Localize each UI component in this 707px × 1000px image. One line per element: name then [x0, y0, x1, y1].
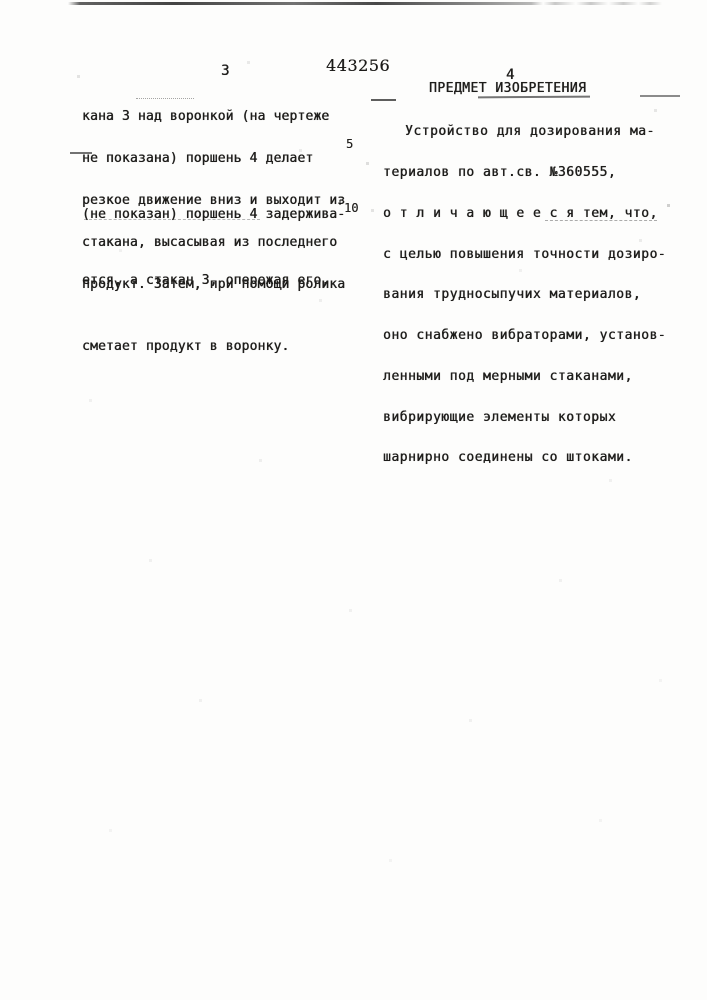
text-line: ленными под мерными стаканами, — [383, 370, 683, 384]
text-line: ется, а стакан 3, опережая его, — [82, 270, 362, 292]
patent-number: 443256 — [326, 56, 390, 75]
text-line: вибрирующие элементы которых — [383, 411, 683, 425]
text-line: оно снабжено вибраторами, установ- — [383, 329, 683, 343]
text-line: (не показан) поршень 4 задержива- — [82, 204, 362, 226]
text-line: териалов по авт.св. №360555, — [383, 166, 683, 180]
paper-noise-speckles — [0, 0, 1, 1]
column-number-left: 3 — [221, 63, 229, 79]
claims-heading: ПРЕДМЕТ ИЗОБРЕТЕНИЯ — [429, 81, 586, 96]
text-line: кана 3 над воронкой (на чертеже — [82, 110, 362, 124]
margin-line-number-5: 5 — [346, 137, 353, 151]
text-line: с целью повышения точности дозиро- — [383, 248, 683, 262]
text-line: вания трудносыпучих материалов, — [383, 288, 683, 302]
text-line: Устройство для дозирования ма- — [383, 125, 683, 139]
text-line: сметает продукт в воронку. — [82, 336, 362, 358]
text-line: о т л и ч а ю щ е е с я тем, что, — [383, 207, 683, 221]
scan-mark-right-edge — [640, 95, 680, 97]
left-column-paragraph-2: (не показан) поршень 4 задержива- ется, … — [82, 160, 362, 402]
right-column-paragraph: Устройство для дозирования ма- териалов … — [383, 98, 683, 492]
scanned-patent-page: 443256 3 4 кана 3 над воронкой (на черте… — [0, 0, 707, 1000]
text-line: шарнирно соединены со штоками. — [383, 451, 683, 465]
scan-edge-line — [68, 2, 662, 5]
margin-line-number-10: 10 — [344, 201, 358, 215]
